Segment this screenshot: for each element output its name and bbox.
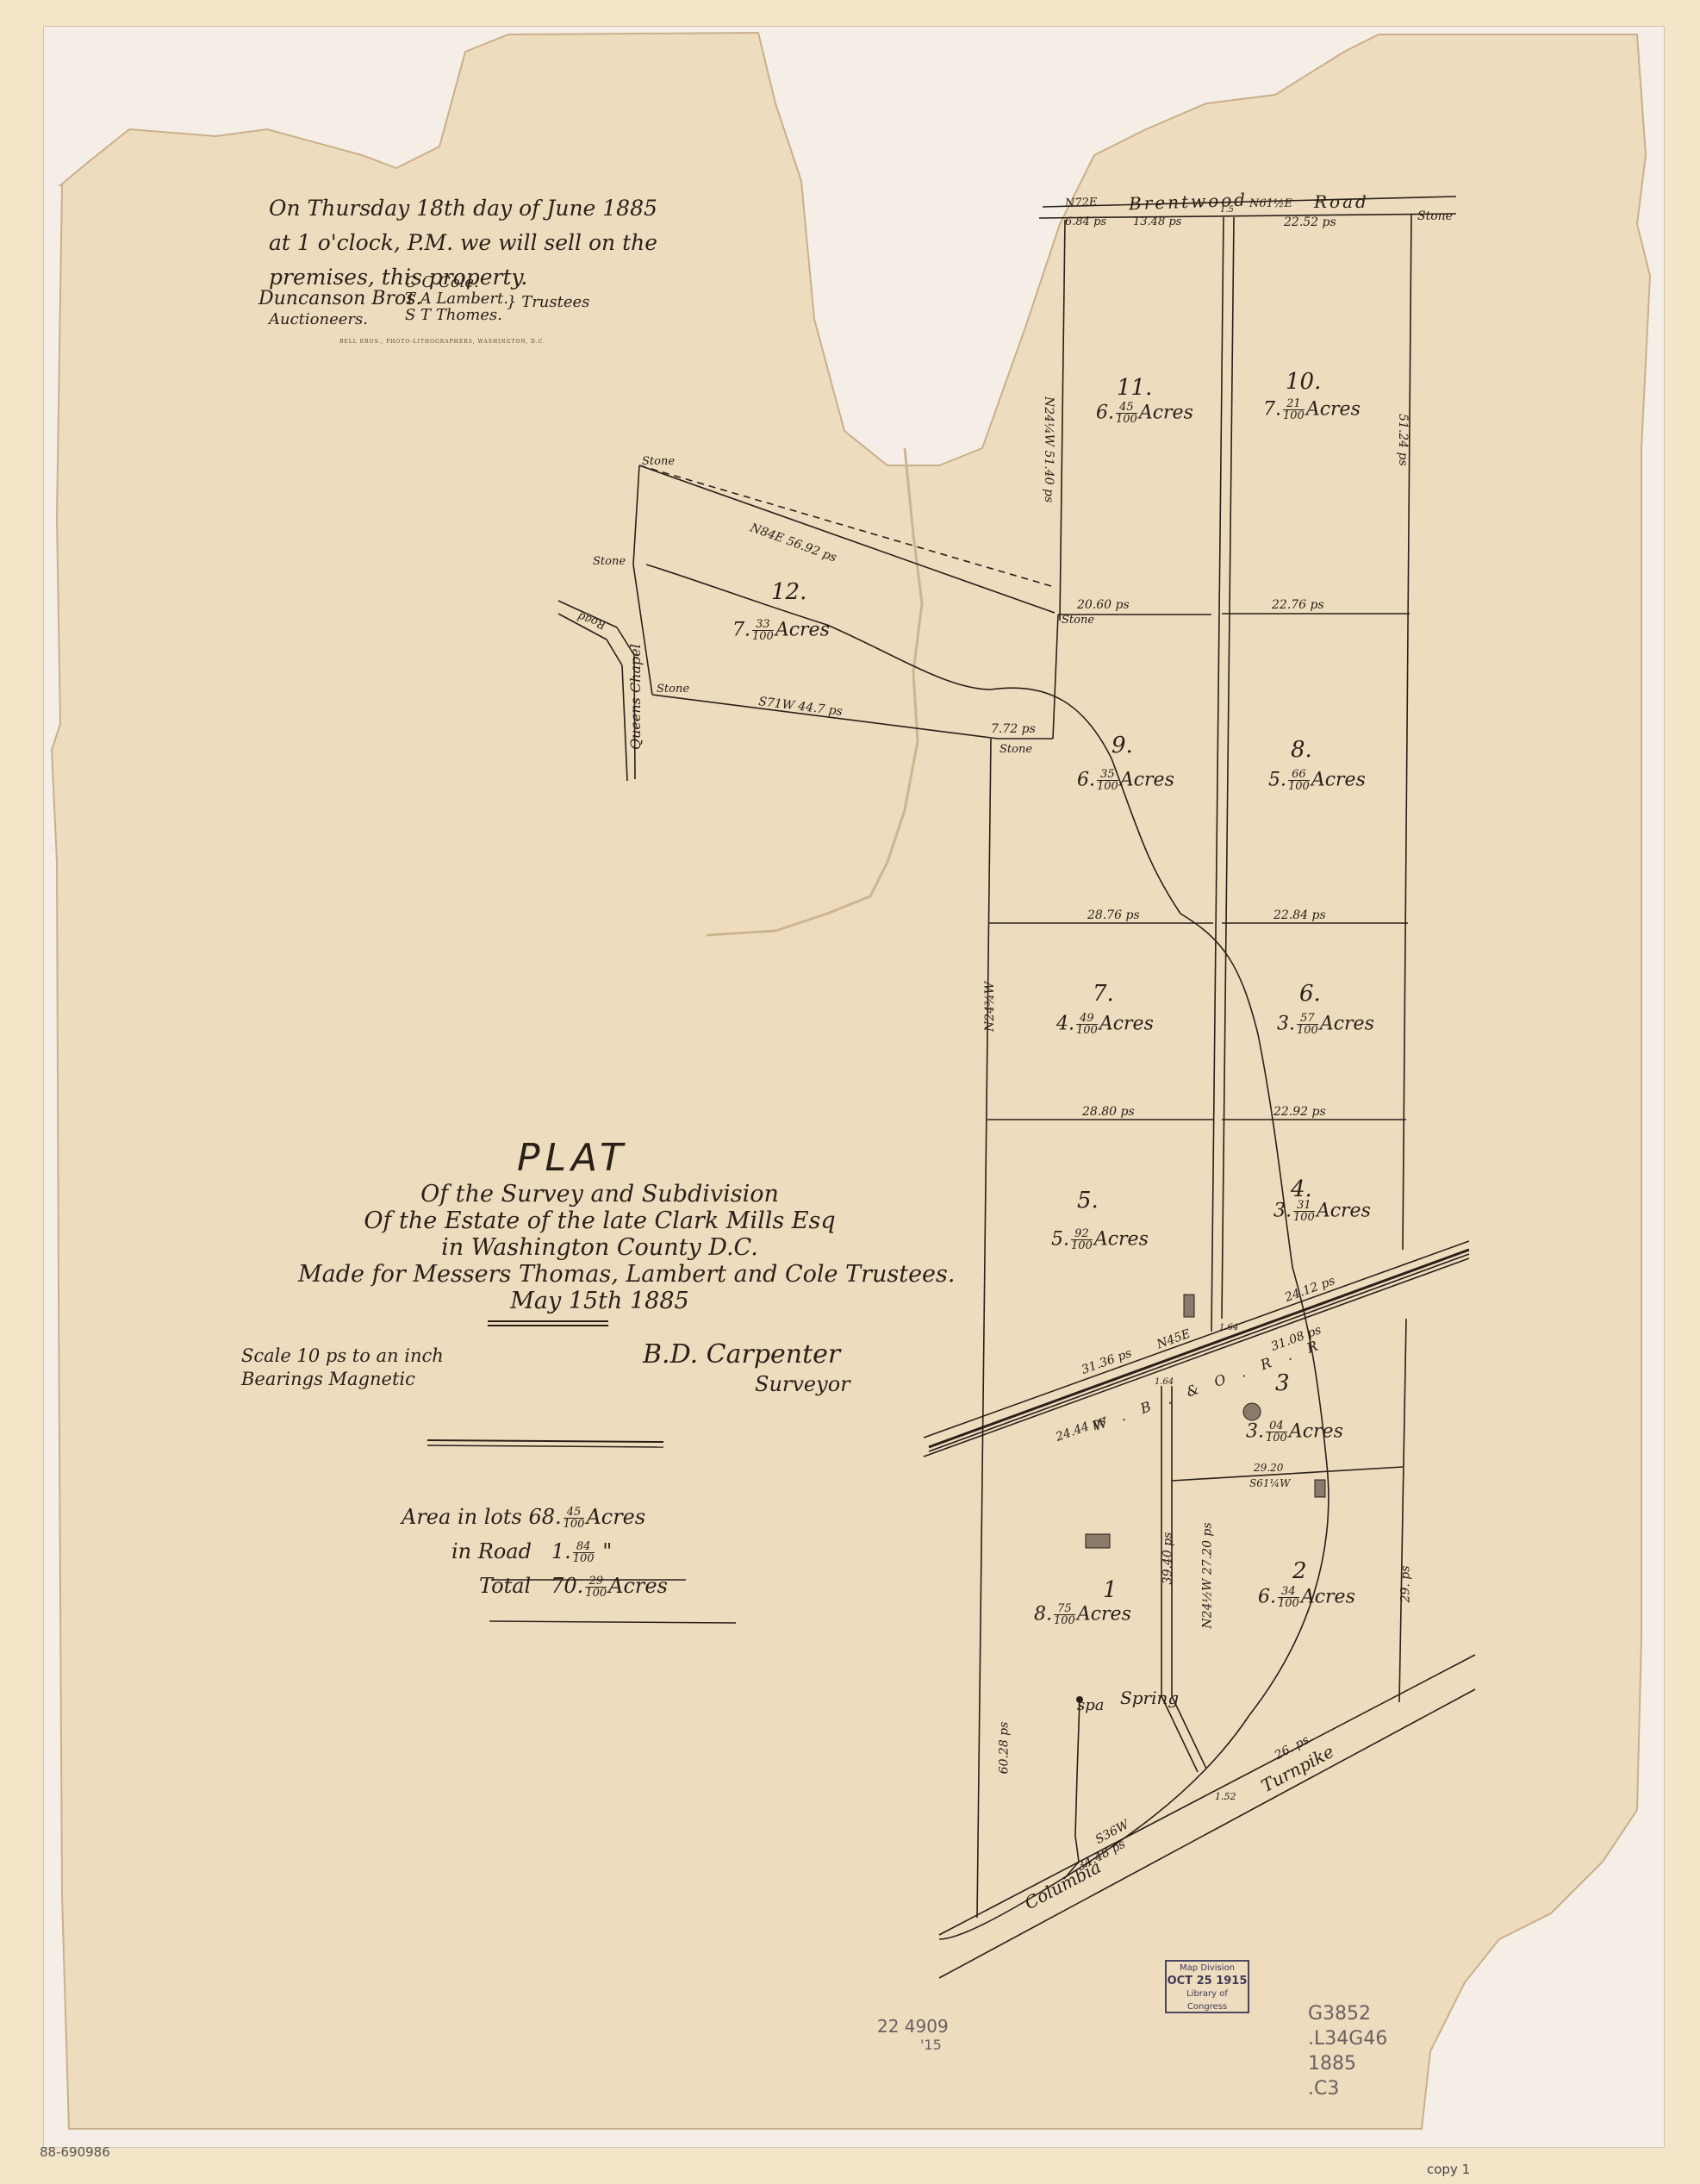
lot-7-area: 4.49100Acres: [1056, 1013, 1154, 1036]
value: 70.: [551, 1574, 583, 1598]
auctioneer-role: Auctioneers.: [258, 309, 422, 330]
num: 92: [1071, 1228, 1093, 1240]
stamp-line: Library of Congress: [1167, 1987, 1248, 2013]
call-line: G3852: [1308, 2001, 1387, 2026]
area-summary: Area in lots 68.45100Acres in Road 1.841…: [402, 1500, 668, 1603]
call-line: 1885: [1308, 2051, 1387, 2076]
num: 84: [573, 1541, 595, 1553]
measurement: N24¾W: [983, 982, 997, 1032]
measurement: 20.60 ps: [1077, 598, 1130, 612]
trustees-label: } Trustees: [507, 293, 589, 311]
den: 100: [1054, 1615, 1075, 1626]
whole: 7.: [1263, 399, 1281, 421]
label: in Road: [451, 1539, 532, 1563]
lot-12-number: 12.: [771, 579, 806, 605]
trustee: S T Thomes.: [405, 307, 508, 323]
lot-2-area: 6.34100Acres: [1258, 1586, 1355, 1609]
stamp-date: OCT 25 1915: [1167, 1975, 1248, 1987]
scale-note: Scale 10 ps to an inch Bearings Magnetic: [241, 1345, 444, 1391]
unit: Acres: [1139, 402, 1193, 424]
den: 100: [1278, 1598, 1299, 1609]
stone-label: Stone: [1062, 614, 1094, 627]
whole: 6.: [1258, 1587, 1276, 1608]
title-line: May 15th 1885: [298, 1288, 901, 1314]
lot-4-area: 3.31100Acres: [1273, 1200, 1371, 1223]
lot-3-area: 3.04100Acres: [1246, 1420, 1343, 1444]
whole: 6.: [1077, 770, 1095, 791]
den: 100: [1266, 1432, 1287, 1444]
den: 100: [1097, 781, 1118, 792]
unit: Acres: [1099, 1014, 1154, 1035]
lot-7-number: 7.: [1093, 981, 1114, 1007]
copy-label: copy 1: [1427, 2162, 1470, 2177]
measurement: N24½W 27.20 ps: [1201, 1522, 1215, 1628]
surveyor-role: Surveyor: [643, 1370, 850, 1399]
stone-label: Stone: [593, 555, 626, 568]
accession-number: 22 4909 '15: [877, 2017, 949, 2055]
call-number: G3852 .L34G46 1885 .C3: [1308, 2001, 1387, 2101]
plat-heading: PLAT: [517, 1136, 628, 1180]
title-line: in Washington County D.C.: [298, 1234, 901, 1261]
trustee-list: C C Cole. T A Lambert. S T Thomes.: [405, 274, 508, 323]
den: 100: [1288, 781, 1310, 792]
measurement: 29.20: [1254, 1462, 1283, 1474]
num: 66: [1288, 769, 1310, 781]
map-sheet: [0, 0, 1700, 2184]
bearings-text: Bearings Magnetic: [241, 1368, 444, 1391]
road-bearing: N72E: [1065, 196, 1098, 209]
unit: Acres: [1306, 399, 1361, 421]
num: 04: [1266, 1420, 1287, 1432]
measurement: 13.48 ps: [1133, 215, 1181, 228]
lot-5-area: 5.92100Acres: [1051, 1228, 1149, 1251]
num: 34: [1278, 1586, 1299, 1598]
railroad-width: 1.64: [1155, 1377, 1174, 1387]
building-marker: [1184, 1295, 1194, 1317]
measurement: 28.76 ps: [1087, 908, 1140, 922]
lot-6-area: 3.57100Acres: [1277, 1013, 1374, 1036]
whole: 4.: [1056, 1014, 1074, 1035]
lot-9-area: 6.35100Acres: [1077, 769, 1174, 792]
den: 100: [1076, 1025, 1098, 1036]
value: 1.: [551, 1539, 571, 1563]
value: 68.: [528, 1505, 561, 1529]
area-total-row: Total 70.29100Acres: [402, 1569, 668, 1603]
whole: 7.: [732, 620, 750, 641]
measurement: 6.84 ps: [1065, 215, 1106, 228]
accession-text: 22 4909: [877, 2017, 949, 2036]
printer-credit: BELL BROS., PHOTO-LITHOGRAPHERS, WASHING…: [339, 339, 545, 345]
measurement: 29. ps: [1398, 1566, 1412, 1603]
auctioneer-name: Duncanson Bros.: [258, 289, 422, 309]
measurement: 28.80 ps: [1082, 1105, 1135, 1119]
call-line: .C3: [1308, 2076, 1387, 2101]
notice-line: On Thursday 18th day of June 1885: [269, 191, 657, 226]
lot-1-number: 1: [1103, 1577, 1118, 1603]
lot-10-number: 10.: [1286, 369, 1321, 395]
label: Total: [479, 1574, 531, 1598]
library-stamp: Map Division OCT 25 1915 Library of Cong…: [1165, 1960, 1249, 2013]
road-width: 1.5: [1220, 205, 1234, 215]
trustee: C C Cole.: [405, 274, 508, 290]
unit: ": [602, 1539, 612, 1563]
notice-line: at 1 o'clock, P.M. we will sell on the: [269, 226, 657, 260]
unit: Acres: [1289, 1421, 1343, 1443]
lot-10-area: 7.21100Acres: [1263, 398, 1361, 421]
den: 100: [1297, 1025, 1318, 1036]
den: 100: [573, 1553, 595, 1564]
building-marker: [1086, 1534, 1110, 1548]
measurement: 22.76 ps: [1272, 598, 1324, 612]
trustee: T A Lambert.: [405, 290, 508, 307]
trustees-label-text: Trustees: [521, 293, 589, 311]
stamp-line: Map Division: [1167, 1962, 1248, 1975]
whole: 3.: [1277, 1014, 1295, 1035]
num: 45: [1116, 402, 1137, 414]
unit: Acres: [586, 1505, 645, 1529]
num: 49: [1076, 1013, 1098, 1025]
den: 100: [585, 1588, 607, 1599]
unit: Acres: [1311, 770, 1366, 791]
spa-label: spa: [1077, 1696, 1105, 1714]
measurement: 7.72 ps: [991, 722, 1036, 736]
label: Area in lots: [402, 1505, 522, 1529]
auctioneers: Duncanson Bros. Auctioneers.: [258, 289, 422, 330]
lot-1-area: 8.75100Acres: [1034, 1603, 1131, 1626]
railroad-width: 1.64: [1219, 1323, 1238, 1332]
measurement: 60.28 ps: [997, 1722, 1011, 1775]
lot-9-number: 9.: [1112, 733, 1133, 758]
area-lots-row: Area in lots 68.45100Acres: [402, 1500, 668, 1534]
lot-11-number: 11.: [1117, 375, 1152, 401]
measurement: 51.24 ps: [1396, 414, 1410, 466]
num: 57: [1297, 1013, 1318, 1025]
negative-number: 88-690986: [40, 2144, 110, 2160]
measurement: N24¼W 51.40 ps: [1042, 396, 1055, 502]
well-marker: [1243, 1403, 1261, 1420]
whole: 5.: [1268, 770, 1286, 791]
unit: Acres: [1120, 770, 1174, 791]
unit: Acres: [608, 1574, 668, 1598]
road-width: 1.52: [1215, 1791, 1236, 1802]
num: 21: [1283, 398, 1305, 410]
unit: Acres: [1301, 1587, 1355, 1608]
surveyor-name: B.D. Carpenter: [643, 1339, 840, 1370]
unit: Acres: [1320, 1014, 1374, 1035]
spring-label: Spring: [1120, 1688, 1179, 1708]
num: 33: [752, 619, 774, 631]
num: 35: [1097, 769, 1118, 781]
measurement: S61¼W: [1249, 1477, 1290, 1489]
whole: 3.: [1273, 1201, 1292, 1222]
lot-2-number: 2: [1292, 1558, 1307, 1584]
lot-6-number: 6.: [1299, 981, 1321, 1007]
lot-5-number: 5.: [1077, 1188, 1099, 1214]
unit: Acres: [1094, 1229, 1149, 1251]
call-line: .L34G46: [1308, 2026, 1387, 2051]
unit: Acres: [1317, 1201, 1371, 1222]
den: 100: [752, 631, 774, 642]
scale-text: Scale 10 ps to an inch: [241, 1345, 444, 1368]
measurement: 39.40 ps: [1161, 1532, 1174, 1585]
lot-12-area: 7.33100Acres: [732, 619, 830, 642]
plat-title: Of the Survey and Subdivision Of the Est…: [298, 1181, 901, 1314]
whole: 6.: [1096, 402, 1114, 424]
measurement: 22.84 ps: [1273, 908, 1326, 922]
num: 45: [564, 1507, 585, 1519]
num: 29: [585, 1576, 607, 1588]
lot-8-number: 8.: [1291, 737, 1312, 763]
road-bearing: N61½E: [1249, 197, 1292, 210]
whole: 3.: [1246, 1421, 1264, 1443]
den: 100: [564, 1519, 585, 1530]
stone-label: Stone: [642, 455, 675, 468]
lot-3-number: 3: [1275, 1370, 1290, 1396]
den: 100: [1293, 1212, 1315, 1223]
whole: 5.: [1051, 1229, 1069, 1251]
title-line: Made for Messers Thomas, Lambert and Col…: [298, 1261, 901, 1288]
surveyor-signature: B.D. Carpenter Surveyor: [643, 1340, 850, 1399]
den: 100: [1071, 1240, 1093, 1251]
unit: Acres: [1077, 1604, 1131, 1626]
measurement: 22.92 ps: [1273, 1105, 1326, 1119]
title-line: Of the Estate of the late Clark Mills Es…: [298, 1207, 901, 1234]
road-name-road: Road: [1314, 191, 1369, 212]
num: 31: [1293, 1200, 1315, 1212]
accession-sub: '15: [877, 2036, 949, 2055]
num: 75: [1054, 1603, 1075, 1615]
lot-11-area: 6.45100Acres: [1096, 402, 1193, 425]
whole: 8.: [1034, 1604, 1052, 1626]
stone-label: Stone: [1417, 209, 1453, 223]
area-road-row: in Road 1.84100 ": [402, 1534, 668, 1569]
stone-label: Stone: [999, 743, 1032, 756]
den: 100: [1116, 414, 1137, 425]
unit: Acres: [775, 620, 830, 641]
den: 100: [1283, 410, 1305, 421]
measurement: 22.52 ps: [1284, 215, 1336, 229]
building-marker: [1315, 1480, 1325, 1497]
lot-8-area: 5.66100Acres: [1268, 769, 1366, 792]
stone-label: Stone: [657, 683, 689, 696]
title-line: Of the Survey and Subdivision: [298, 1181, 901, 1207]
road-name-queens-chapel: Queens Chapel: [627, 644, 644, 750]
